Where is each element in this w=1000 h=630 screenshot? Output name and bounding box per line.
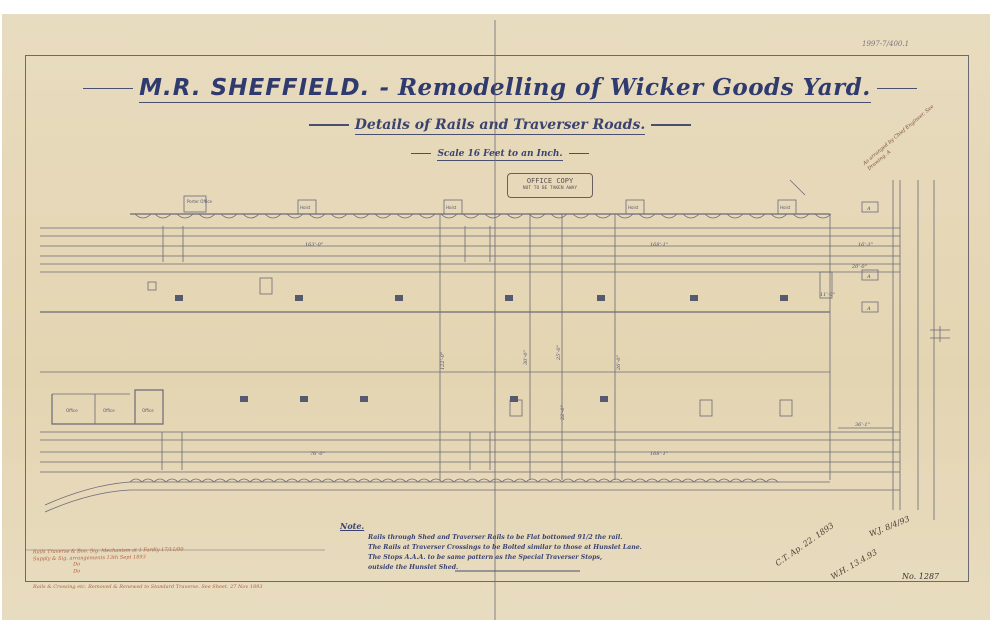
- red-annotations: Rails Traverse & Boo. Sig. Mechanism at …: [33, 547, 184, 576]
- svg-text:30'-0": 30'-0": [523, 350, 529, 365]
- svg-text:11'-0": 11'-0": [820, 292, 835, 298]
- svg-text:20'-0": 20'-0": [851, 264, 867, 270]
- svg-text:A: A: [866, 274, 871, 280]
- note-line: The Stops A.A.A. to be same pattern as t…: [368, 553, 642, 563]
- plan-lines: [40, 20, 950, 620]
- svg-text:163'-0": 163'-0": [305, 242, 323, 248]
- svg-text:Office: Office: [103, 408, 115, 413]
- note-line: outside the Hunslet Shed.: [368, 563, 642, 573]
- svg-text:16'-3": 16'-3": [858, 242, 873, 248]
- svg-text:122'-0": 122'-0": [440, 352, 446, 370]
- svg-text:Hoist: Hoist: [628, 205, 639, 210]
- top-wall-bays: [135, 214, 831, 218]
- svg-text:36'-1": 36'-1": [855, 422, 870, 428]
- svg-text:76'-0": 76'-0": [310, 451, 325, 457]
- svg-text:22'-0": 22'-0": [560, 405, 566, 421]
- svg-text:Office: Office: [142, 408, 154, 413]
- note-body: Rails through Shed and Traverser Rails t…: [368, 533, 642, 573]
- svg-text:25'-0": 25'-0": [556, 345, 562, 361]
- svg-text:Porter Office: Porter Office: [187, 199, 213, 204]
- svg-text:Hoist: Hoist: [446, 205, 457, 210]
- red-annotation-bottom: Rails & Crossing etc. Removed & Renewed …: [33, 584, 263, 590]
- drawing-number: No. 1287: [902, 572, 939, 581]
- note-heading: Note.: [340, 521, 364, 531]
- dimension-labels: 163'-0" 168'-1" 16'-3" 76'-0" 168'-1" 36…: [305, 242, 873, 457]
- svg-text:26'-0": 26'-0": [616, 355, 622, 371]
- svg-text:A: A: [866, 206, 871, 212]
- svg-text:Hoist: Hoist: [780, 205, 791, 210]
- note-line: Rails through Shed and Traverser Rails t…: [368, 533, 642, 543]
- svg-text:Hoist: Hoist: [300, 205, 311, 210]
- column-markers: [175, 295, 788, 402]
- svg-text:168'-1": 168'-1": [650, 451, 668, 457]
- svg-text:A: A: [866, 306, 871, 312]
- svg-text:Office: Office: [66, 408, 78, 413]
- building-labels: Porter Office Hoist Hoist Hoist Hoist Of…: [66, 199, 871, 413]
- note-line: The Rails at Traverser Crossings to be B…: [368, 543, 642, 553]
- svg-text:168'-1": 168'-1": [650, 242, 668, 248]
